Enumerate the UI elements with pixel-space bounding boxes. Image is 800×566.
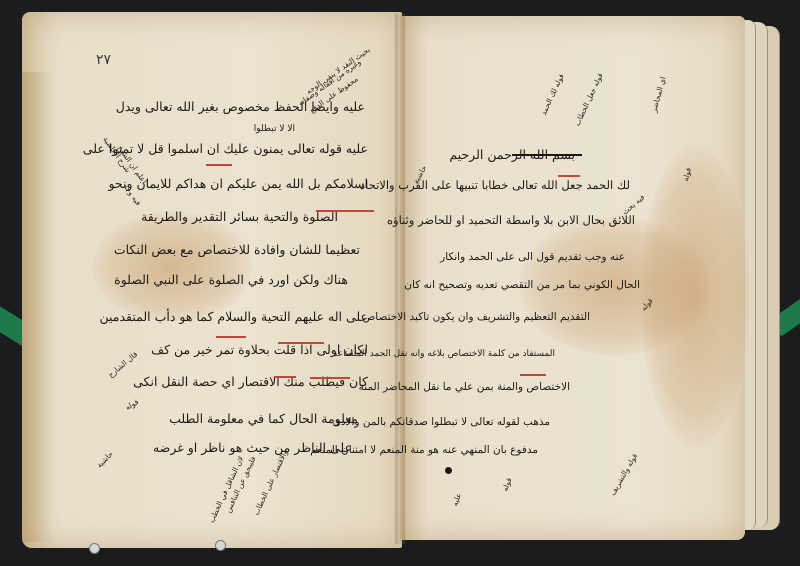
main-text-line: المستفاد من كلمة الاختصاص بلاغه وانه نقل… <box>333 347 555 361</box>
main-text-line: الا لا تبطلوا <box>254 122 295 136</box>
pin <box>89 543 100 554</box>
main-text-line: معلومة الحال كما في معلومة الطلب <box>169 412 358 426</box>
rubric-mark <box>274 376 296 378</box>
main-text-line: لك الحمد جعل الله تعالى خطابا تنبيها على… <box>360 178 630 192</box>
main-text-line: عنه وجب تقديم قول الى على الحمد وانكار <box>440 250 625 264</box>
ink-blot <box>445 467 452 474</box>
pin <box>215 540 226 551</box>
water-stain <box>92 212 252 322</box>
rubric-mark <box>278 342 324 344</box>
main-text-line: اللائق بحال الابن بلا واسطة التحميد او ل… <box>387 213 635 227</box>
rubric-mark <box>310 377 350 379</box>
main-text-line: تعظيما للشان وافادة للاختصاص مع بعض النك… <box>114 243 360 257</box>
rubric-mark <box>520 374 546 376</box>
rubric-mark <box>316 210 374 212</box>
main-text-line: الحال الكوني بما مر من التقصي تعديه وتصح… <box>404 278 640 292</box>
water-stain <box>640 146 750 446</box>
water-stain <box>22 72 52 542</box>
main-text-line: مدفوع بان المنهي عنه هو منة المنعم لا ام… <box>310 443 538 457</box>
main-text-line: الاختصاص والمنة بمن علي ما نقل المحاضر ا… <box>359 380 570 394</box>
rubric-mark <box>206 164 232 166</box>
rubric-mark <box>558 175 580 177</box>
main-text-line: مذهب لقوله تعالى لا تبطلوا صدقاتكم بالمن… <box>333 415 550 429</box>
rubric-mark <box>216 336 246 338</box>
open-manuscript: ٢٧ عليه وايضا الحفظ مخصوص بغير الله تعال… <box>0 0 800 566</box>
main-text-line: هناك ولكن اورد في الصلوة على النبي الصلو… <box>114 273 348 287</box>
main-text-line: التقديم التعظيم والتشريف وان يكون تاكيد … <box>363 310 590 324</box>
main-text-line: على اله عليهم التحية والسلام كما هو دأب … <box>100 310 369 324</box>
rubric-mark <box>512 154 582 156</box>
page-number: ٢٧ <box>96 52 111 68</box>
main-text-line: الصلوة والتحية بسائر التقدير والطريقة <box>141 210 338 224</box>
